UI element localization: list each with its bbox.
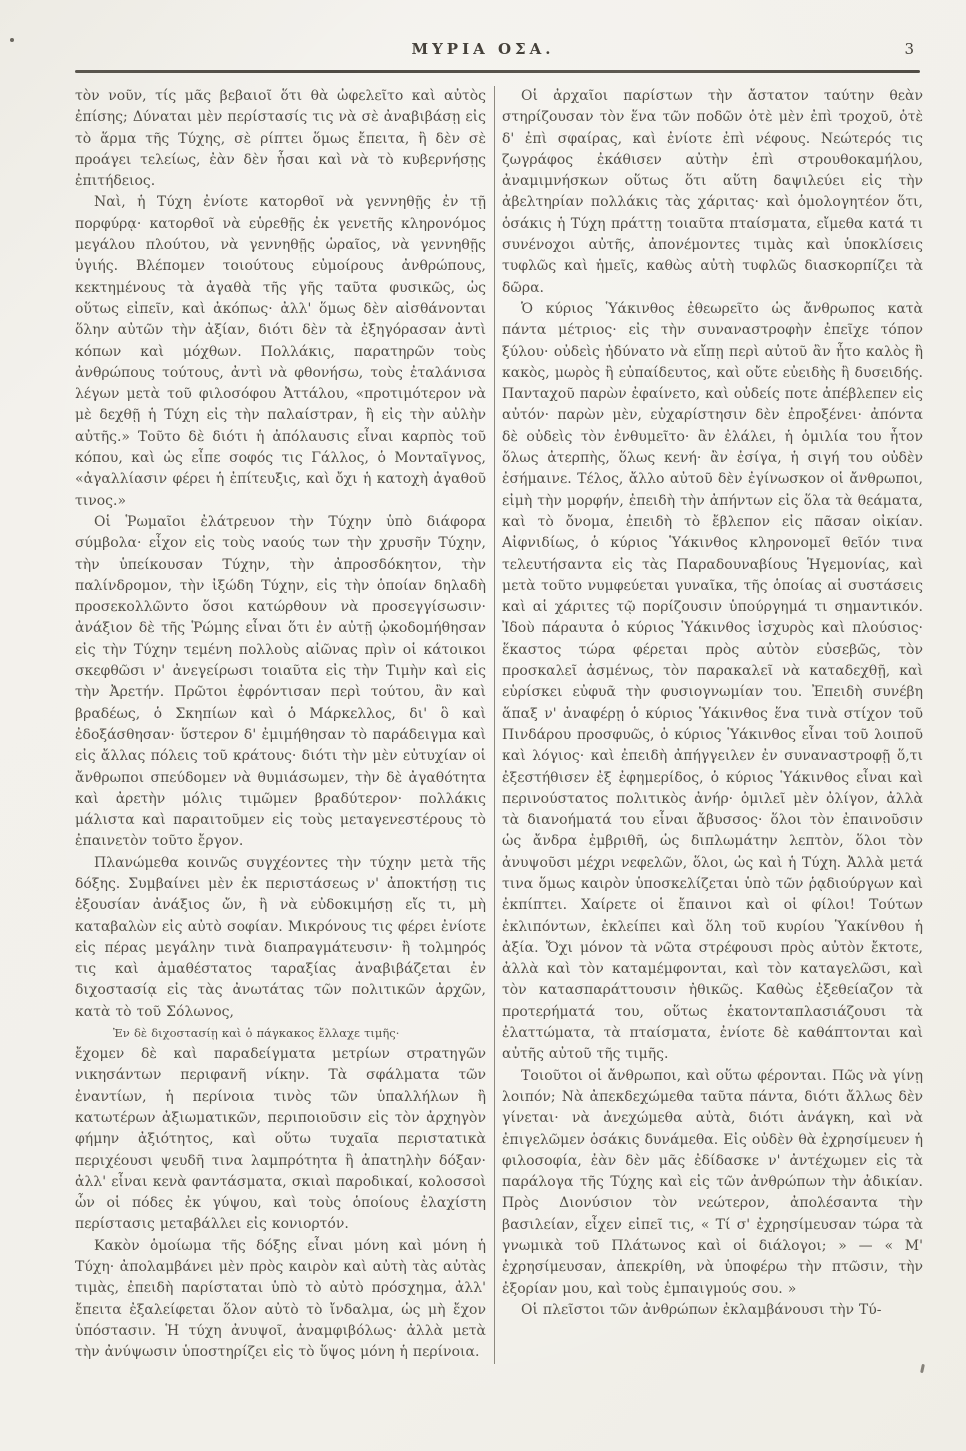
paragraph: Οἱ Ῥωμαῖοι ἐλάτρευον τὴν Τύχην ὑπὸ διάφο… <box>75 512 486 853</box>
paragraph: τὸν νοῦν, τίς μᾶς βεβαιοῖ ὅτι θὰ ὠφελεῖτ… <box>75 86 486 192</box>
paragraph: Ὁ κύριος Ὑάκινθος ἐθεωρεῖτο ὡς ἄνθρωπος … <box>502 299 923 1066</box>
paragraph: Κακὸν ὁμοίωμα τῆς δόξης εἶναι μόνη καὶ μ… <box>75 1236 486 1364</box>
paper-speck <box>920 1364 925 1373</box>
paragraph: ἔχομεν δὲ καὶ παραδείγματα μετρίων στρατ… <box>75 1044 486 1236</box>
paragraph: Πλανώμεθα κοινῶς συγχέοντες τὴν τύχην με… <box>75 853 486 1023</box>
header-rule <box>75 70 920 73</box>
paragraph: Τοιοῦτοι οἱ ἄνθρωποι, καὶ οὕτω φέρονται.… <box>502 1066 923 1300</box>
paragraph: Οἱ πλεῖστοι τῶν ἀνθρώπων ἐκλαμβάνουσι τὴ… <box>502 1300 923 1321</box>
running-title: ΜΥΡΙΑ ΟΣΑ. <box>0 40 966 58</box>
verse-quotation: Ἐν δὲ διχοστασίῃ καὶ ὁ πάγκακος ἔλλαχε τ… <box>75 1024 486 1043</box>
left-column: τὸν νοῦν, τίς μᾶς βεβαιοῖ ὅτι θὰ ὠφελεῖτ… <box>75 86 486 1364</box>
column-divider-rule <box>494 86 495 1364</box>
paragraph: Οἱ ἀρχαῖοι παρίστων τὴν ἄστατον ταύτην θ… <box>502 86 923 299</box>
two-column-text-block: τὸν νοῦν, τίς μᾶς βεβαιοῖ ὅτι θὰ ὠφελεῖτ… <box>75 86 923 1364</box>
scanned-document-page: ΜΥΡΙΑ ΟΣΑ. 3 τὸν νοῦν, τίς μᾶς βεβαιοῖ ὅ… <box>0 0 966 1451</box>
paragraph: Ναὶ, ἡ Τύχη ἐνίοτε κατορθοῖ νὰ γεννηθῇς … <box>75 192 486 511</box>
page-number: 3 <box>904 40 914 58</box>
right-column: Οἱ ἀρχαῖοι παρίστων τὴν ἄστατον ταύτην θ… <box>502 86 923 1364</box>
